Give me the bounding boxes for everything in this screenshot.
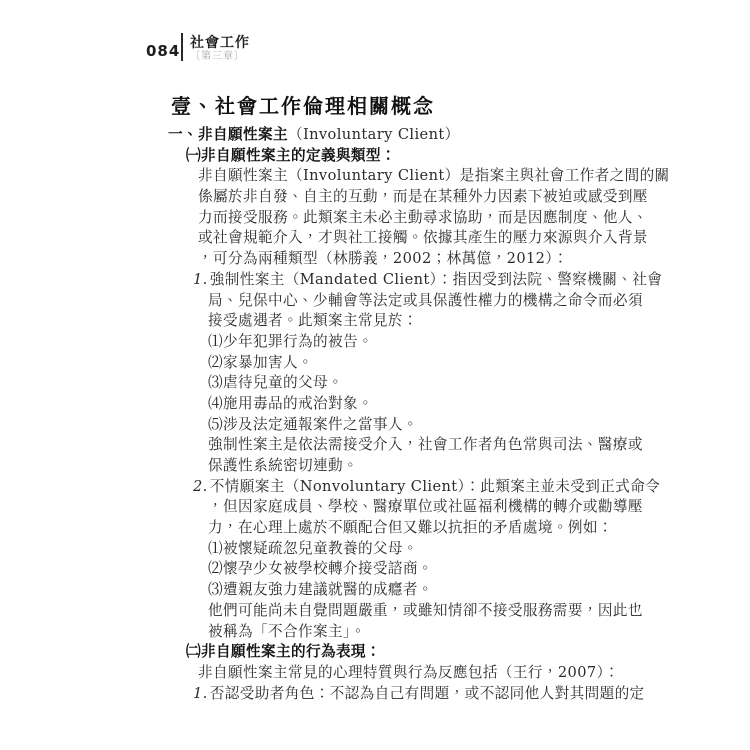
body-text-segment: ，但因家庭成員、學校、醫療單位或社區福利機構的轉介或勸導壓 (208, 498, 643, 515)
body-text: 一、非自願性案主（Involuntary Client）㈠非自願性案主的定義與類… (0, 125, 750, 704)
body-text-segment: ⑴少年犯罪行為的被告。 (208, 333, 373, 350)
page-number: 084 (146, 42, 180, 60)
text-line: 強制性案主是依法需接受介入，社會工作者角色常與司法、醫療或 (0, 435, 750, 456)
body-text-segment: ⑶虐待兒童的父母。 (208, 374, 343, 391)
text-line: 或社會規範介入，才與社工接觸。依據其產生的壓力來源與介入背景 (0, 228, 750, 249)
heading-text: 一、非自願性案主 (168, 126, 288, 143)
body-text-segment: 係屬於非自發、自主的互動，而是在某種外力因素下被迫或感受到壓 (198, 188, 648, 205)
list-numeral: 1. (193, 271, 210, 288)
text-line: 非自願性案主常見的心理特質與行為反應包括（王行，2007）： (0, 663, 750, 684)
text-line: ⑶虐待兒童的父母。 (0, 373, 750, 394)
body-text-segment: 力，在心理上處於不願配合但又難以抗拒的矛盾處境。例如： (208, 519, 613, 536)
text-line: ㈠非自願性案主的定義與類型： (0, 146, 750, 167)
text-line: ⑵家暴加害人。 (0, 353, 750, 374)
body-text-segment: 非自願性案主（Involuntary Client）是指案主與社會工作者之間的關 (198, 167, 670, 184)
body-text-segment: 局、兒保中心、少輔會等法定或具保護性權力的機構之命令而必須 (208, 292, 643, 309)
text-line: ，但因家庭成員、學校、醫療單位或社區福利機構的轉介或勸導壓 (0, 497, 750, 518)
text-line: 力而接受服務。此類案主未必主動尋求協助，而是因應制度、他人、 (0, 208, 750, 229)
body-text-segment: 保護性系統密切連動。 (208, 457, 358, 474)
list-numeral: 2. (193, 478, 210, 495)
text-line: 一、非自願性案主（Involuntary Client） (0, 125, 750, 146)
body-text-segment: ⑷施用毒品的戒治對象。 (208, 395, 373, 412)
body-text-segment: （Involuntary Client） (288, 126, 460, 143)
body-text-segment: 或社會規範介入，才與社工接觸。依據其產生的壓力來源與介入背景 (198, 229, 648, 246)
text-line: 接受處遇者。此類案主常見於： (0, 311, 750, 332)
section-title: 壹、社會工作倫理相關概念 (171, 90, 435, 119)
chapter-label: 〔第三章〕 (190, 47, 245, 62)
running-header: 084 社會工作 〔第三章〕 (0, 0, 750, 70)
text-line: ㈡非自願性案主的行為表現： (0, 642, 750, 663)
text-line: ⑶遭親友強力建議就醫的成癮者。 (0, 580, 750, 601)
text-line: 2.不情願案主（Nonvoluntary Client）：此類案主並未受到正式命… (0, 477, 750, 498)
text-line: 非自願性案主（Involuntary Client）是指案主與社會工作者之間的關 (0, 166, 750, 187)
text-line: ⑷施用毒品的戒治對象。 (0, 394, 750, 415)
body-text-segment: ⑶遭親友強力建議就醫的成癮者。 (208, 581, 433, 598)
body-text-segment: 他們可能尚未自覺問題嚴重，或雖知情卻不接受服務需要，因此也 (208, 602, 643, 619)
body-text-segment: ⑴被懷疑疏忽兒童教養的父母。 (208, 540, 418, 557)
body-text-segment: 不情願案主（Nonvoluntary Client）：此類案主並未受到正式命令 (210, 478, 660, 495)
body-text-segment: ⑵懷孕少女被學校轉介接受諮商。 (208, 560, 433, 577)
text-line: 他們可能尚未自覺問題嚴重，或雖知情卻不接受服務需要，因此也 (0, 601, 750, 622)
text-line: ⑸涉及法定通報案件之當事人。 (0, 415, 750, 436)
body-text-segment: ，可分為兩種類型（林勝義，2002；林萬億，2012）： (198, 250, 568, 267)
text-line: ，可分為兩種類型（林勝義，2002；林萬億，2012）： (0, 249, 750, 270)
body-text-segment: 強制性案主是依法需接受介入，社會工作者角色常與司法、醫療或 (208, 436, 643, 453)
text-line: 1.強制性案主（Mandated Client）：指因受到法院、警察機關、社會 (0, 270, 750, 291)
body-text-segment: 接受處遇者。此類案主常見於： (208, 312, 418, 329)
body-text-segment: ⑸涉及法定通報案件之當事人。 (208, 416, 418, 433)
text-line: ⑴少年犯罪行為的被告。 (0, 332, 750, 353)
body-text-segment: ⑵家暴加害人。 (208, 354, 313, 371)
body-text-segment: 被稱為「不合作案主」。 (208, 623, 366, 640)
text-line: 局、兒保中心、少輔會等法定或具保護性權力的機構之命令而必須 (0, 291, 750, 312)
text-line: 1.否認受助者角色：不認為自己有問題，或不認同他人對其問題的定 (0, 684, 750, 705)
body-text-segment: 強制性案主（Mandated Client）：指因受到法院、警察機關、社會 (210, 271, 663, 288)
text-line: ⑵懷孕少女被學校轉介接受諮商。 (0, 559, 750, 580)
heading-text: ㈡非自願性案主的行為表現： (186, 643, 381, 660)
text-line: 係屬於非自發、自主的互動，而是在某種外力因素下被迫或感受到壓 (0, 187, 750, 208)
heading-text: ㈠非自願性案主的定義與類型： (186, 147, 396, 164)
text-line: 力，在心理上處於不願配合但又難以抗拒的矛盾處境。例如： (0, 518, 750, 539)
text-line: 保護性系統密切連動。 (0, 456, 750, 477)
header-divider-rule (181, 33, 183, 61)
list-numeral: 1. (193, 685, 210, 702)
book-page: 084 社會工作 〔第三章〕 壹、社會工作倫理相關概念 一、非自願性案主（Inv… (0, 0, 750, 750)
text-line: ⑴被懷疑疏忽兒童教養的父母。 (0, 539, 750, 560)
body-text-segment: 非自願性案主常見的心理特質與行為反應包括（王行，2007）： (198, 664, 619, 681)
body-text-segment: 力而接受服務。此類案主未必主動尋求協助，而是因應制度、他人、 (198, 209, 648, 226)
body-text-segment: 否認受助者角色：不認為自己有問題，或不認同他人對其問題的定 (210, 685, 645, 702)
text-line: 被稱為「不合作案主」。 (0, 622, 750, 643)
